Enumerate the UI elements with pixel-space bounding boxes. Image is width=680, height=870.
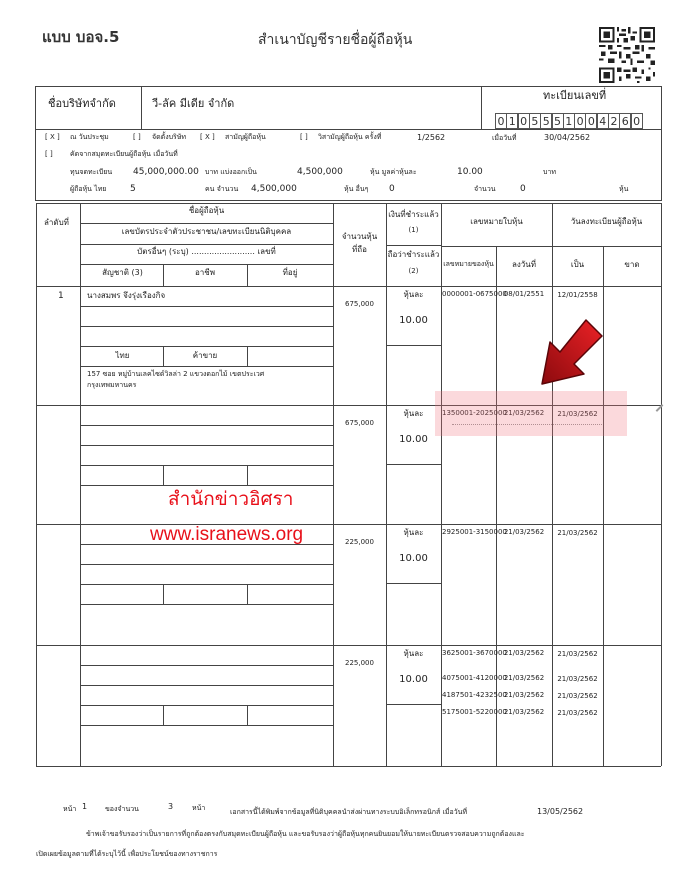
became-date: 12/01/2558 xyxy=(552,292,603,299)
label-copy: คัดจากสมุดทะเบียนผู้ถือหุ้น เมื่อวันที่ xyxy=(70,151,178,158)
holder-name: นางสมพร จึงรุ่งเรืองกิจ xyxy=(87,292,165,300)
of-label: ของจำนวน xyxy=(105,806,139,813)
share-unit-label: หุ้น xyxy=(619,186,628,193)
cert-date: 21/03/2562 xyxy=(496,675,552,682)
pages-label: หน้า xyxy=(192,805,205,812)
persons-count-label: คน จำนวน xyxy=(205,186,238,193)
per-share-value: 10.00 xyxy=(386,316,441,326)
header-holder-name: ชื่อผู้ถือหุ้น xyxy=(80,207,333,215)
registration-digit: 2 xyxy=(608,113,620,129)
header-cert-share-no: เลขหมายของหุ้น xyxy=(441,261,496,268)
header-considered-paid-note: (2) xyxy=(386,268,441,275)
certify-text-2: เปิดเผยข้อมูลตามที่ได้ระบุไว้นี้ เพื่อปร… xyxy=(36,851,217,858)
cert-date: 21/03/2562 xyxy=(496,692,552,699)
became-date: 21/03/2562 xyxy=(552,651,603,658)
watermark-url: www.isranews.org xyxy=(150,524,303,546)
total-shares: 4,500,000 xyxy=(297,168,343,177)
label-establish: จัดตั้งบริษัท xyxy=(152,134,186,141)
form-code: แบบ บอจ.5 xyxy=(42,30,119,45)
header-other-card: บัตรอื่นๆ (ระบุ) .......................… xyxy=(80,248,333,256)
thai-holders: 5 xyxy=(130,185,136,194)
table-rule xyxy=(80,584,333,585)
registration-digit: 0 xyxy=(585,113,597,129)
registration-digit: 4 xyxy=(597,113,609,129)
highlight-box xyxy=(435,391,627,436)
per-share-label: หุ้นละ xyxy=(386,529,441,537)
holder-address-1: 157 ซอย หมู่บ้านเลคไซด์วิลล่า 2 แขวงดอกไ… xyxy=(87,371,264,378)
registration-digit: 6 xyxy=(619,113,631,129)
header-became: เป็น xyxy=(552,261,603,269)
header-shares-held: จำนวนหุ้น xyxy=(333,233,386,241)
per-share-label: หุ้นละ xyxy=(386,291,441,299)
table-rule xyxy=(80,665,333,666)
page-label: หน้า xyxy=(63,806,76,813)
table-rule xyxy=(80,306,333,307)
table-rule xyxy=(386,704,441,705)
table-rule xyxy=(36,645,661,646)
page-number: 1 xyxy=(82,803,87,811)
per-share-value: 10.00 xyxy=(386,675,441,685)
cert-date: 08/01/2551 xyxy=(496,291,552,298)
became-date: 21/03/2562 xyxy=(552,676,603,683)
meeting-date-label: เมื่อวันที่ xyxy=(492,135,517,142)
table-rule xyxy=(80,366,333,367)
table-rule xyxy=(661,203,662,766)
checkbox-copy: [ ] xyxy=(45,151,53,158)
checkbox-extraordinary: [ ] xyxy=(300,134,308,141)
table-rule xyxy=(80,445,333,446)
cert-date: 21/03/2562 xyxy=(496,709,552,716)
per-share-value: 10.00 xyxy=(386,554,441,564)
table-rule xyxy=(36,203,37,766)
page-total: 3 xyxy=(168,803,173,811)
registration-digit: 0 xyxy=(631,113,643,129)
table-rule xyxy=(80,326,333,327)
holder-nationality: ไทย xyxy=(82,352,163,360)
registration-digit: 0 xyxy=(574,113,586,129)
watermark-name: สำนักข่าวอิศรา xyxy=(168,484,293,514)
per-share-label: หุ้นละ xyxy=(386,410,441,418)
registration-digit: 1 xyxy=(563,113,575,129)
header-cert-no: เลขหมายใบหุ้น xyxy=(441,218,552,226)
registration-label: ทะเบียนเลขที่ xyxy=(543,90,606,101)
table-rule xyxy=(496,246,497,766)
shares-held: 675,000 xyxy=(333,420,386,427)
header-occupation: อาชีพ xyxy=(163,269,247,277)
holder-occupation: ค้าขาย xyxy=(163,352,247,360)
table-rule xyxy=(386,583,441,584)
header-paid-note: (1) xyxy=(386,227,441,234)
label-extraordinary: วิสามัญผู้ถือหุ้น ครั้งที่ xyxy=(318,134,381,141)
printed-note: เอกสารนี้ได้พิมพ์จากข้อมูลที่นิติบุคคลนำ… xyxy=(230,809,467,816)
printed-date: 13/05/2562 xyxy=(537,808,583,816)
became-date: 21/03/2562 xyxy=(552,693,603,700)
table-rule xyxy=(36,203,661,204)
registration-digit: 5 xyxy=(529,113,541,129)
other-count-label: จำนวน xyxy=(474,186,496,193)
header-seq: ลำดับที่ xyxy=(44,219,69,227)
header-address: ที่อยู่ xyxy=(247,269,333,277)
qr-code-icon xyxy=(599,27,655,83)
header-nationality: สัญชาติ (3) xyxy=(82,269,163,277)
checkbox-establish: [ ] xyxy=(133,134,141,141)
company-name: วี-ลัค มีเดีย จำกัด xyxy=(152,98,234,109)
label-ordinary: สามัญผู้ถือหุ้น xyxy=(225,134,266,141)
shares-held: 225,000 xyxy=(333,539,386,546)
other-shares: 0 xyxy=(520,185,526,194)
par-label: หุ้น มูลค่าหุ้นละ xyxy=(370,169,417,176)
checkbox-meeting-day: [ X ] xyxy=(45,134,60,141)
header-considered-paid: ถือว่าชำระแล้ว xyxy=(386,251,441,259)
holder-address-2: กรุงเทพมหานคร xyxy=(87,382,136,389)
red-arrow-icon xyxy=(528,318,608,390)
meeting-date: 30/04/2562 xyxy=(544,134,590,142)
header-reg-date: วันลงทะเบียนผู้ถือหุ้น xyxy=(552,218,661,226)
registered-capital: 45,000,000.00 xyxy=(133,168,199,177)
header-shares-held-2: ที่ถือ xyxy=(333,246,386,254)
divided-label: บาท แบ่งออกเป็น xyxy=(205,169,257,176)
other-holders-label: หุ้น อื่นๆ xyxy=(344,186,368,193)
table-rule xyxy=(80,244,333,245)
table-rule xyxy=(80,425,333,426)
registration-digit: 5 xyxy=(540,113,552,129)
header-id-no: เลขบัตรประจำตัวประชาชน/เลขทะเบียนนิติบุค… xyxy=(80,228,333,236)
thai-holders-label: ผู้ถือหุ้น ไทย xyxy=(70,186,106,193)
became-date: 21/03/2562 xyxy=(552,530,603,537)
table-rule xyxy=(247,584,248,604)
per-share-value: 10.00 xyxy=(386,435,441,445)
per-share-label: หุ้นละ xyxy=(386,650,441,658)
table-rule xyxy=(80,564,333,565)
thai-shares: 4,500,000 xyxy=(251,185,297,194)
par-value: 10.00 xyxy=(457,168,483,177)
shares-held: 675,000 xyxy=(333,301,386,308)
table-rule xyxy=(441,246,661,247)
table-rule xyxy=(247,705,248,725)
baht-label: บาท xyxy=(543,169,556,176)
registration-digit: 0 xyxy=(518,113,530,129)
shares-held: 225,000 xyxy=(333,660,386,667)
company-name-label: ชื่อบริษัทจำกัด xyxy=(48,98,116,109)
table-rule xyxy=(80,705,333,706)
header-paid: เงินที่ชำระแล้ว xyxy=(386,211,441,219)
table-rule xyxy=(333,203,334,766)
header-ceased: ขาด xyxy=(603,261,661,269)
header-cert-date: ลงวันที่ xyxy=(496,261,552,269)
table-rule xyxy=(247,465,248,485)
table-rule xyxy=(163,705,164,725)
other-holders: 0 xyxy=(389,185,395,194)
label-meeting-day: ณ วันประชุม xyxy=(70,134,109,141)
row-seq: 1 xyxy=(58,292,64,301)
cert-date: 21/03/2562 xyxy=(496,529,552,536)
table-rule xyxy=(36,524,661,525)
table-rule xyxy=(80,346,333,347)
became-date: 21/03/2562 xyxy=(552,710,603,717)
table-rule xyxy=(163,584,164,604)
document-title: สำเนาบัญชีรายชื่อผู้ถือหุ้น xyxy=(258,33,412,47)
checkbox-ordinary: [ X ] xyxy=(200,134,215,141)
registration-digit: 5 xyxy=(552,113,564,129)
cert-date: 21/03/2562 xyxy=(496,650,552,657)
certify-text-1: ข้าพเจ้าขอรับรองว่าเป็นรายการที่ถูกต้องต… xyxy=(86,831,525,838)
table-rule xyxy=(386,345,441,346)
table-rule xyxy=(80,685,333,686)
table-rule xyxy=(80,264,333,265)
table-rule xyxy=(386,464,441,465)
table-rule xyxy=(80,465,333,466)
table-rule xyxy=(386,245,441,246)
table-rule xyxy=(80,725,333,726)
table-rule xyxy=(80,223,333,224)
table-rule xyxy=(163,465,164,485)
registration-digit: 1 xyxy=(506,113,518,129)
table-rule xyxy=(36,766,661,767)
registration-digit: 0 xyxy=(495,113,507,129)
table-rule xyxy=(80,604,333,605)
table-rule xyxy=(36,286,661,287)
meeting-number: 1/2562 xyxy=(417,134,445,142)
registered-capital-label: ทุนจดทะเบียน xyxy=(70,169,112,176)
table-rule xyxy=(247,346,248,366)
